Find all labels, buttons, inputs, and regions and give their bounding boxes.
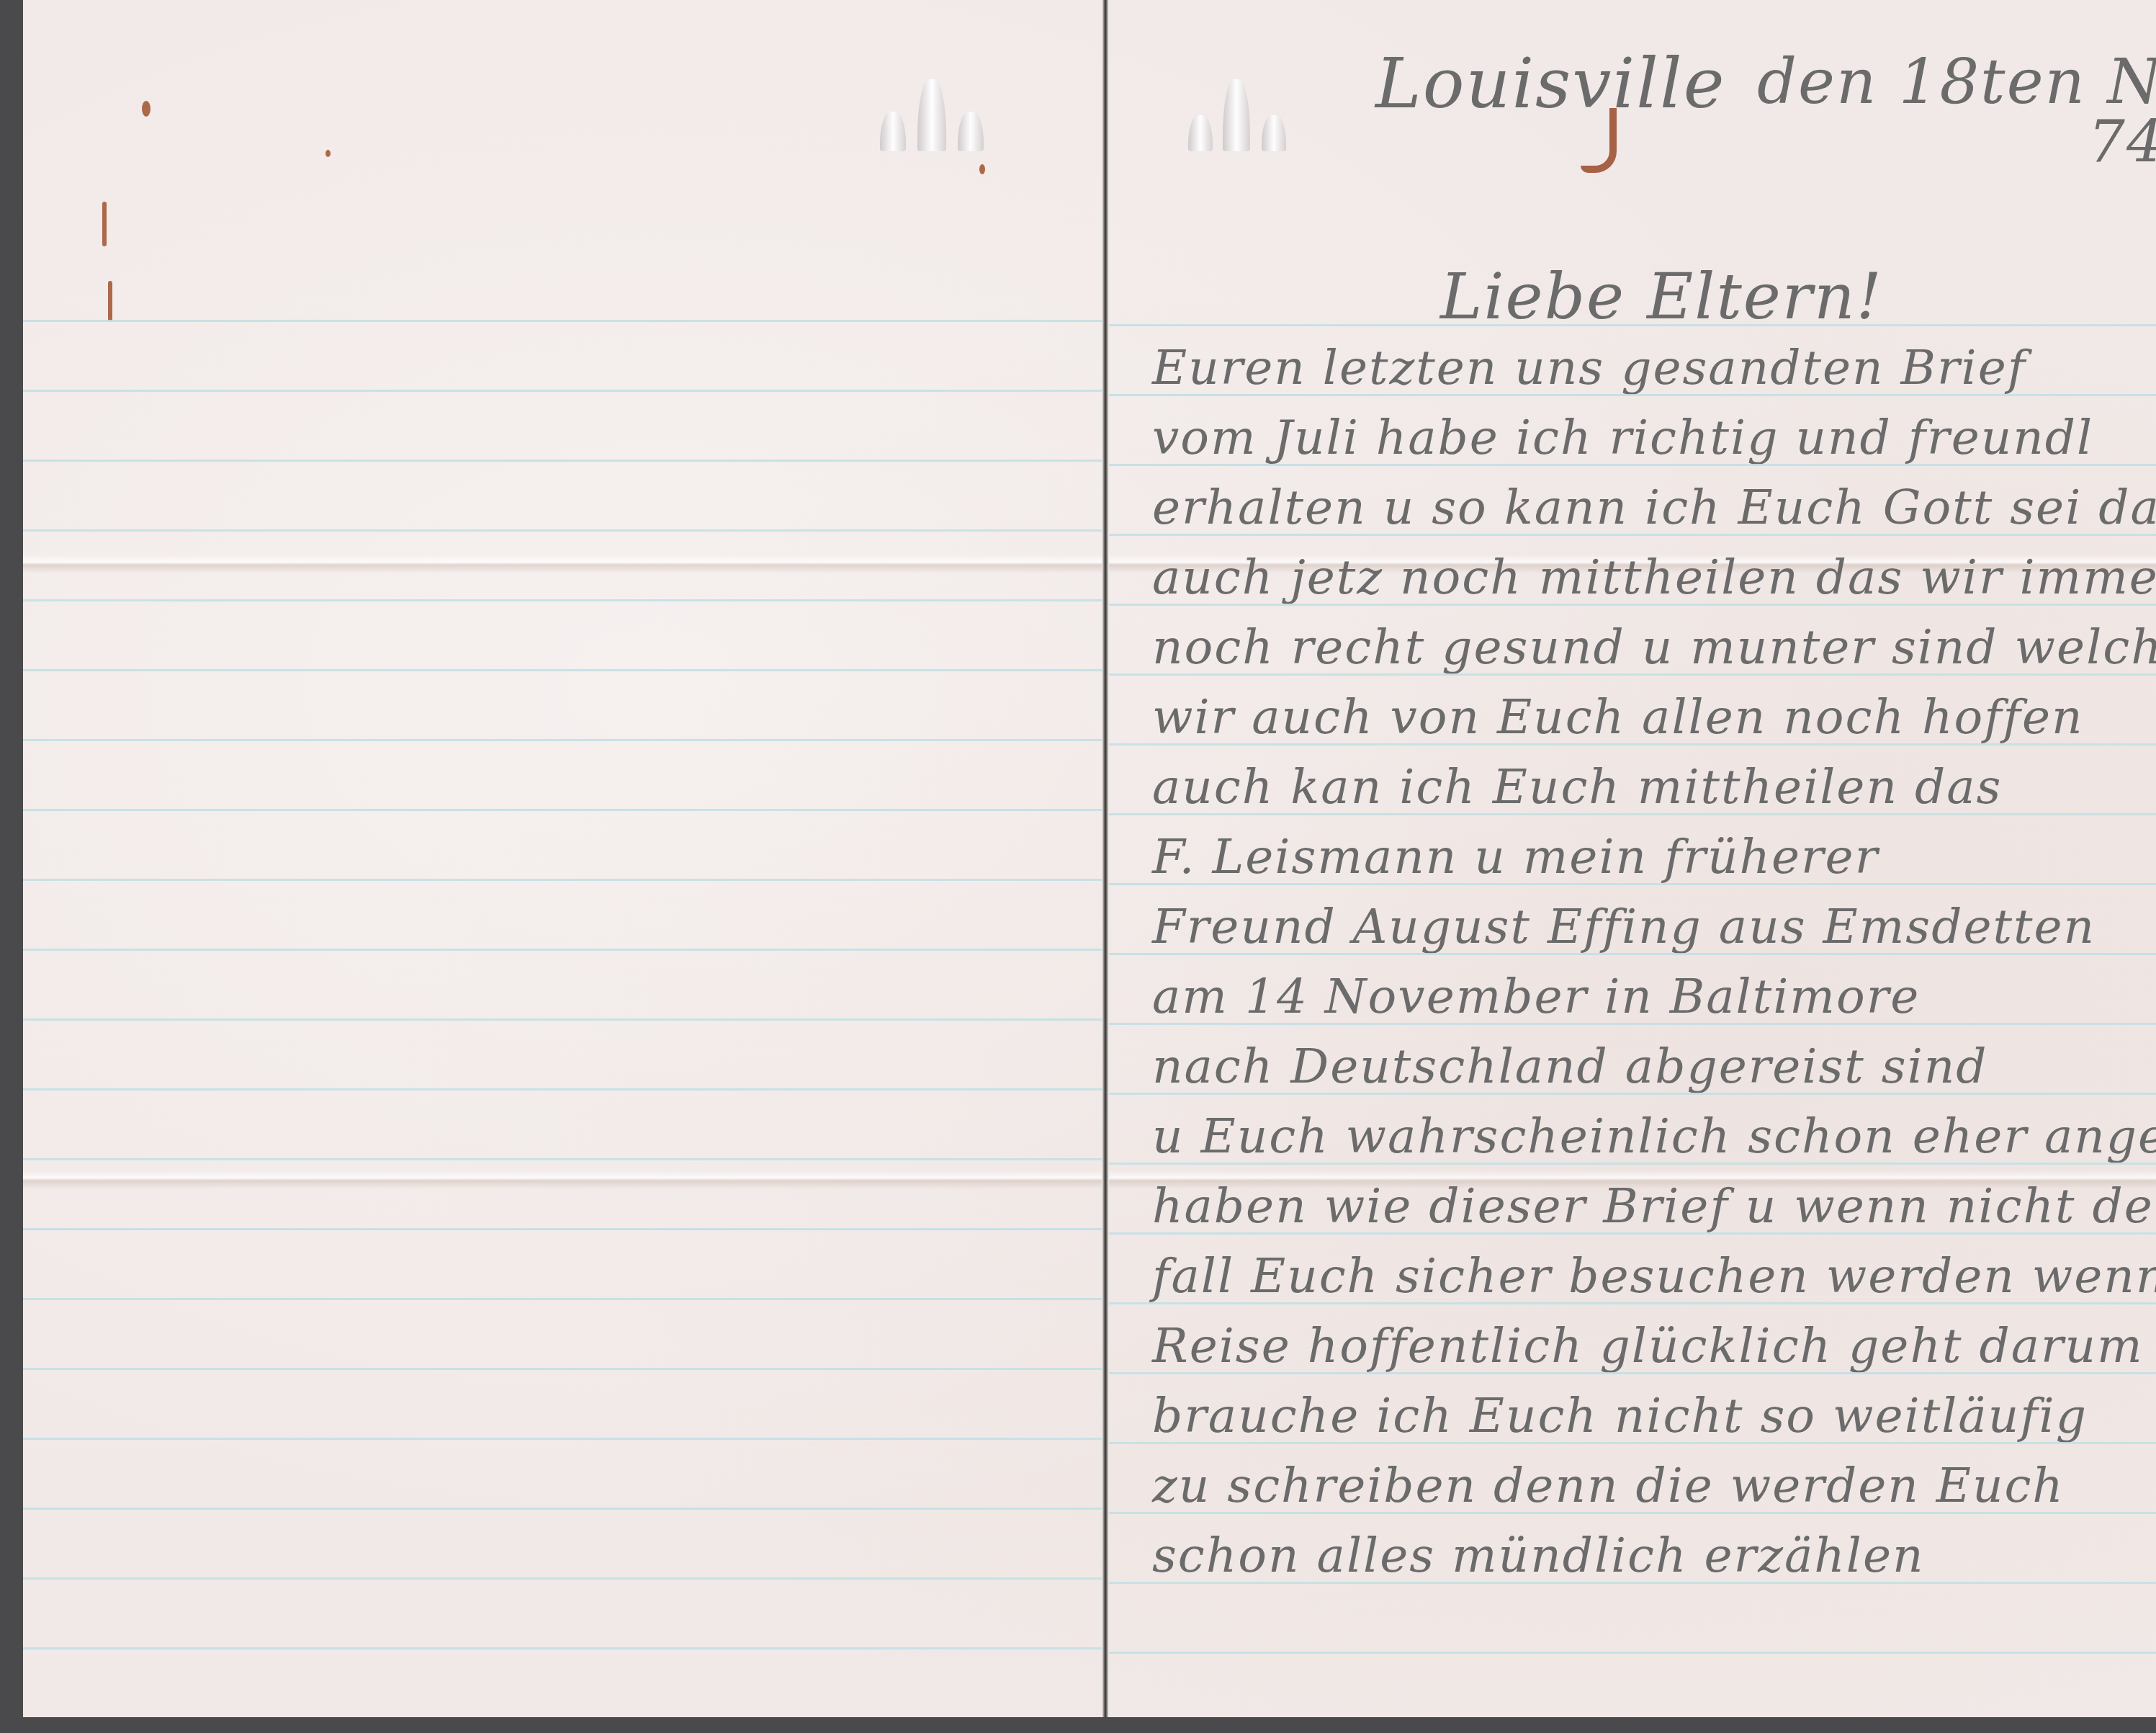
rust-stain — [979, 164, 985, 174]
letter-line: am 14 November in Baltimore — [1152, 973, 1920, 1021]
ruled-line — [1109, 1582, 2156, 1584]
left-page — [23, 0, 1103, 1717]
letter-line: F. Leismann u mein früherer — [1152, 833, 1879, 881]
ruled-line — [1109, 1372, 2156, 1374]
ruled-line — [1109, 673, 2156, 676]
rust-stain — [325, 150, 331, 157]
ruled-line — [23, 809, 1103, 811]
letter-line: wir auch von Euch allen noch hoffen — [1152, 694, 2084, 741]
ruled-line — [1109, 604, 2156, 606]
letter-line: Reise hoffentlich glücklich geht darum — [1152, 1322, 2144, 1370]
ruled-line — [1109, 1093, 2156, 1095]
rust-stain — [102, 202, 107, 246]
ruled-line — [1109, 883, 2156, 885]
ruled-line — [1109, 1023, 2156, 1025]
letter-line: auch kan ich Euch mittheilen das — [1152, 763, 2002, 811]
ruled-line — [23, 1088, 1103, 1091]
letter-line: Euren letzten uns gesandten Brief — [1152, 344, 2026, 392]
ruled-line — [1109, 743, 2156, 745]
rust-stain — [142, 101, 151, 117]
ruled-line — [23, 1298, 1103, 1300]
ruled-line — [23, 949, 1103, 951]
ruled-line — [1109, 1232, 2156, 1235]
ruled-line — [23, 739, 1103, 741]
ruled-line — [23, 1438, 1103, 1440]
ruled-line — [23, 1647, 1103, 1649]
letter-line: Freund August Effing aus Emsdetten — [1152, 903, 2096, 951]
letter-line: haben wie dieser Brief u wenn nicht der — [1152, 1183, 2156, 1230]
ruled-line — [1109, 813, 2156, 815]
ruled-line — [23, 1228, 1103, 1230]
horizontal-fold-crease — [23, 1170, 1103, 1189]
scan-background: Louisville den 18ten November 74 Liebe E… — [0, 0, 2156, 1733]
ruled-line — [1109, 1652, 2156, 1654]
letter-line: erhalten u so kann ich Euch Gott sei dan… — [1152, 484, 2156, 532]
ruled-line — [23, 599, 1103, 601]
letter-sheet: Louisville den 18ten November 74 Liebe E… — [23, 0, 2156, 1717]
letter-line: auch jetz noch mittheilen das wir immer — [1152, 554, 2156, 601]
letter-date: den 18ten November — [1757, 46, 2156, 118]
letter-line: vom Juli habe ich richtig und freundl — [1152, 414, 2093, 462]
letter-place: Louisville — [1375, 43, 1726, 124]
rust-stain — [108, 281, 112, 321]
ruled-line — [23, 1508, 1103, 1510]
ruled-line — [1109, 1512, 2156, 1514]
letter-line: nach Deutschland abgereist sind — [1152, 1043, 1988, 1091]
ruled-line — [1109, 1302, 2156, 1304]
ruled-line — [1109, 324, 2156, 326]
church-building-emboss-icon — [873, 72, 995, 151]
ruled-line — [23, 529, 1103, 532]
letter-line: fall Euch sicher besuchen werden wenn di… — [1152, 1253, 2156, 1300]
ruled-line — [23, 1158, 1103, 1160]
letter-line: zu schreiben denn die werden Euch — [1152, 1462, 2065, 1510]
ruled-line — [23, 460, 1103, 462]
salutation: Liebe Eltern! — [1440, 259, 1883, 333]
ruled-line — [23, 390, 1103, 392]
letter-line: brauche ich Euch nicht so weitläufig — [1152, 1392, 2088, 1440]
ruled-line — [1109, 394, 2156, 396]
church-building-emboss-icon — [1181, 72, 1303, 151]
ruled-line — [23, 879, 1103, 881]
ruled-line — [23, 320, 1103, 322]
ruled-line — [23, 1368, 1103, 1370]
ruled-line — [1109, 534, 2156, 536]
letter-line: noch recht gesund u munter sind welches — [1152, 624, 2156, 671]
horizontal-fold-crease — [23, 555, 1103, 573]
center-fold — [1102, 0, 1109, 1717]
ruled-line — [23, 1577, 1103, 1580]
letter-line: u Euch wahrscheinlich schon eher angetro… — [1152, 1113, 2156, 1160]
ruled-line — [1109, 464, 2156, 466]
letter-line: schon alles mündlich erzählen — [1152, 1532, 1924, 1580]
ruled-line — [23, 1018, 1103, 1021]
ruled-line — [23, 669, 1103, 671]
letter-year: 74 — [2088, 108, 2156, 175]
ruled-line — [1109, 953, 2156, 955]
right-page: Louisville den 18ten November 74 Liebe E… — [1109, 0, 2156, 1717]
ruled-line — [1109, 1163, 2156, 1165]
ruled-line — [1109, 1442, 2156, 1444]
